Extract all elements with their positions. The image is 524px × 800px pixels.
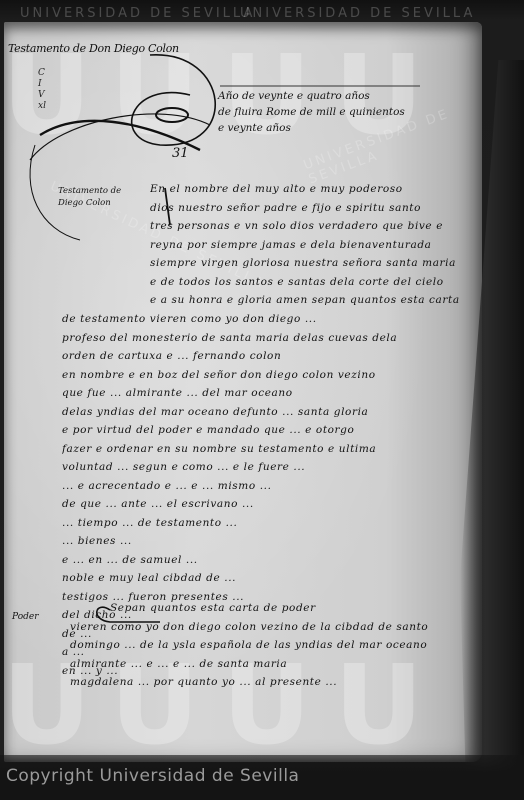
manuscript-line: fazer e ordenar en su nombre su testamen… bbox=[62, 443, 462, 462]
margin-note-poder: Poder bbox=[12, 612, 39, 622]
manuscript-line: orden de cartuxa e ... fernando colon bbox=[62, 350, 462, 369]
manuscript-line: delas yndias del mar oceano defunto ... … bbox=[62, 406, 462, 425]
manuscript-line: siempre virgen gloriosa nuestra señora s… bbox=[150, 257, 460, 276]
manuscript-line: magdalena ... por quanto yo ... al prese… bbox=[70, 676, 470, 695]
manuscript-line: ... e acrecentado e ... e ... mismo ... bbox=[62, 480, 462, 499]
date-line: e veynte años bbox=[218, 120, 438, 136]
manuscript-line: vieren como yo don diego colon vezino de… bbox=[70, 621, 470, 640]
folio-number: 31 bbox=[172, 146, 189, 161]
manuscript-line: de que ... ante ... el escrivano ... bbox=[62, 498, 462, 517]
manuscript-poder-section: Sepan quantos esta carta de poder vieren… bbox=[70, 602, 470, 695]
manuscript-line: Sepan quantos esta carta de poder bbox=[70, 602, 470, 621]
date-line: de fluira Rome de mill e quinientos bbox=[218, 104, 438, 120]
manuscript-line: dios nuestro señor padre e fijo e spirit… bbox=[150, 202, 460, 221]
heading-annotation: Testamento de Don Diego Colon bbox=[8, 42, 179, 55]
manuscript-line: e de todos los santos e santas dela cort… bbox=[150, 276, 460, 295]
manuscript-line: de testamento vieren como yo don diego .… bbox=[62, 313, 462, 332]
manuscript-line: reyna por siempre jamas e dela bienavent… bbox=[150, 239, 460, 258]
manuscript-line: En el nombre del muy alto e muy poderoso bbox=[150, 183, 460, 202]
manuscript-line: domingo ... de la ysla española de las y… bbox=[70, 639, 470, 658]
manuscript-line: e ... en ... de samuel ... bbox=[62, 554, 462, 573]
manuscript-line: ... bienes ... bbox=[62, 535, 462, 554]
copyright-notice: Copyright Universidad de Sevilla bbox=[6, 766, 299, 786]
manuscript-line: almirante ... e ... e ... de santa maria bbox=[70, 658, 470, 677]
folio-mark: C bbox=[38, 68, 46, 79]
manuscript-body: En el nombre del muy alto e muy poderoso… bbox=[150, 183, 460, 313]
folio-mark: I bbox=[38, 79, 46, 90]
folio-mark: V bbox=[38, 90, 46, 101]
manuscript-line: ... tiempo ... de testamento ... bbox=[62, 517, 462, 536]
date-line: Año de veynte e quatro años bbox=[218, 88, 438, 104]
folio-marks: C I V xl bbox=[38, 68, 46, 112]
manuscript-line: tres personas e vn solo dios verdadero q… bbox=[150, 220, 460, 239]
manuscript-line: en nombre e en boz del señor don diego c… bbox=[62, 369, 462, 388]
folio-mark: xl bbox=[38, 101, 46, 112]
manuscript-line: e por virtud del poder e mandado que ...… bbox=[62, 424, 462, 443]
manuscript-line: noble e muy leal cibdad de ... bbox=[62, 572, 462, 591]
manuscript-line: e a su honra e gloria amen sepan quantos… bbox=[150, 294, 460, 313]
manuscript-line: que fue ... almirante ... del mar oceano bbox=[62, 387, 462, 406]
manuscript-line: profeso del monesterio de santa maria de… bbox=[62, 332, 462, 351]
date-block: Año de veynte e quatro años de fluira Ro… bbox=[218, 88, 438, 136]
manuscript-line: voluntad ... segun e como ... e le fuere… bbox=[62, 461, 462, 480]
margin-note-testament: Testamento de Diego Colon bbox=[58, 185, 128, 209]
